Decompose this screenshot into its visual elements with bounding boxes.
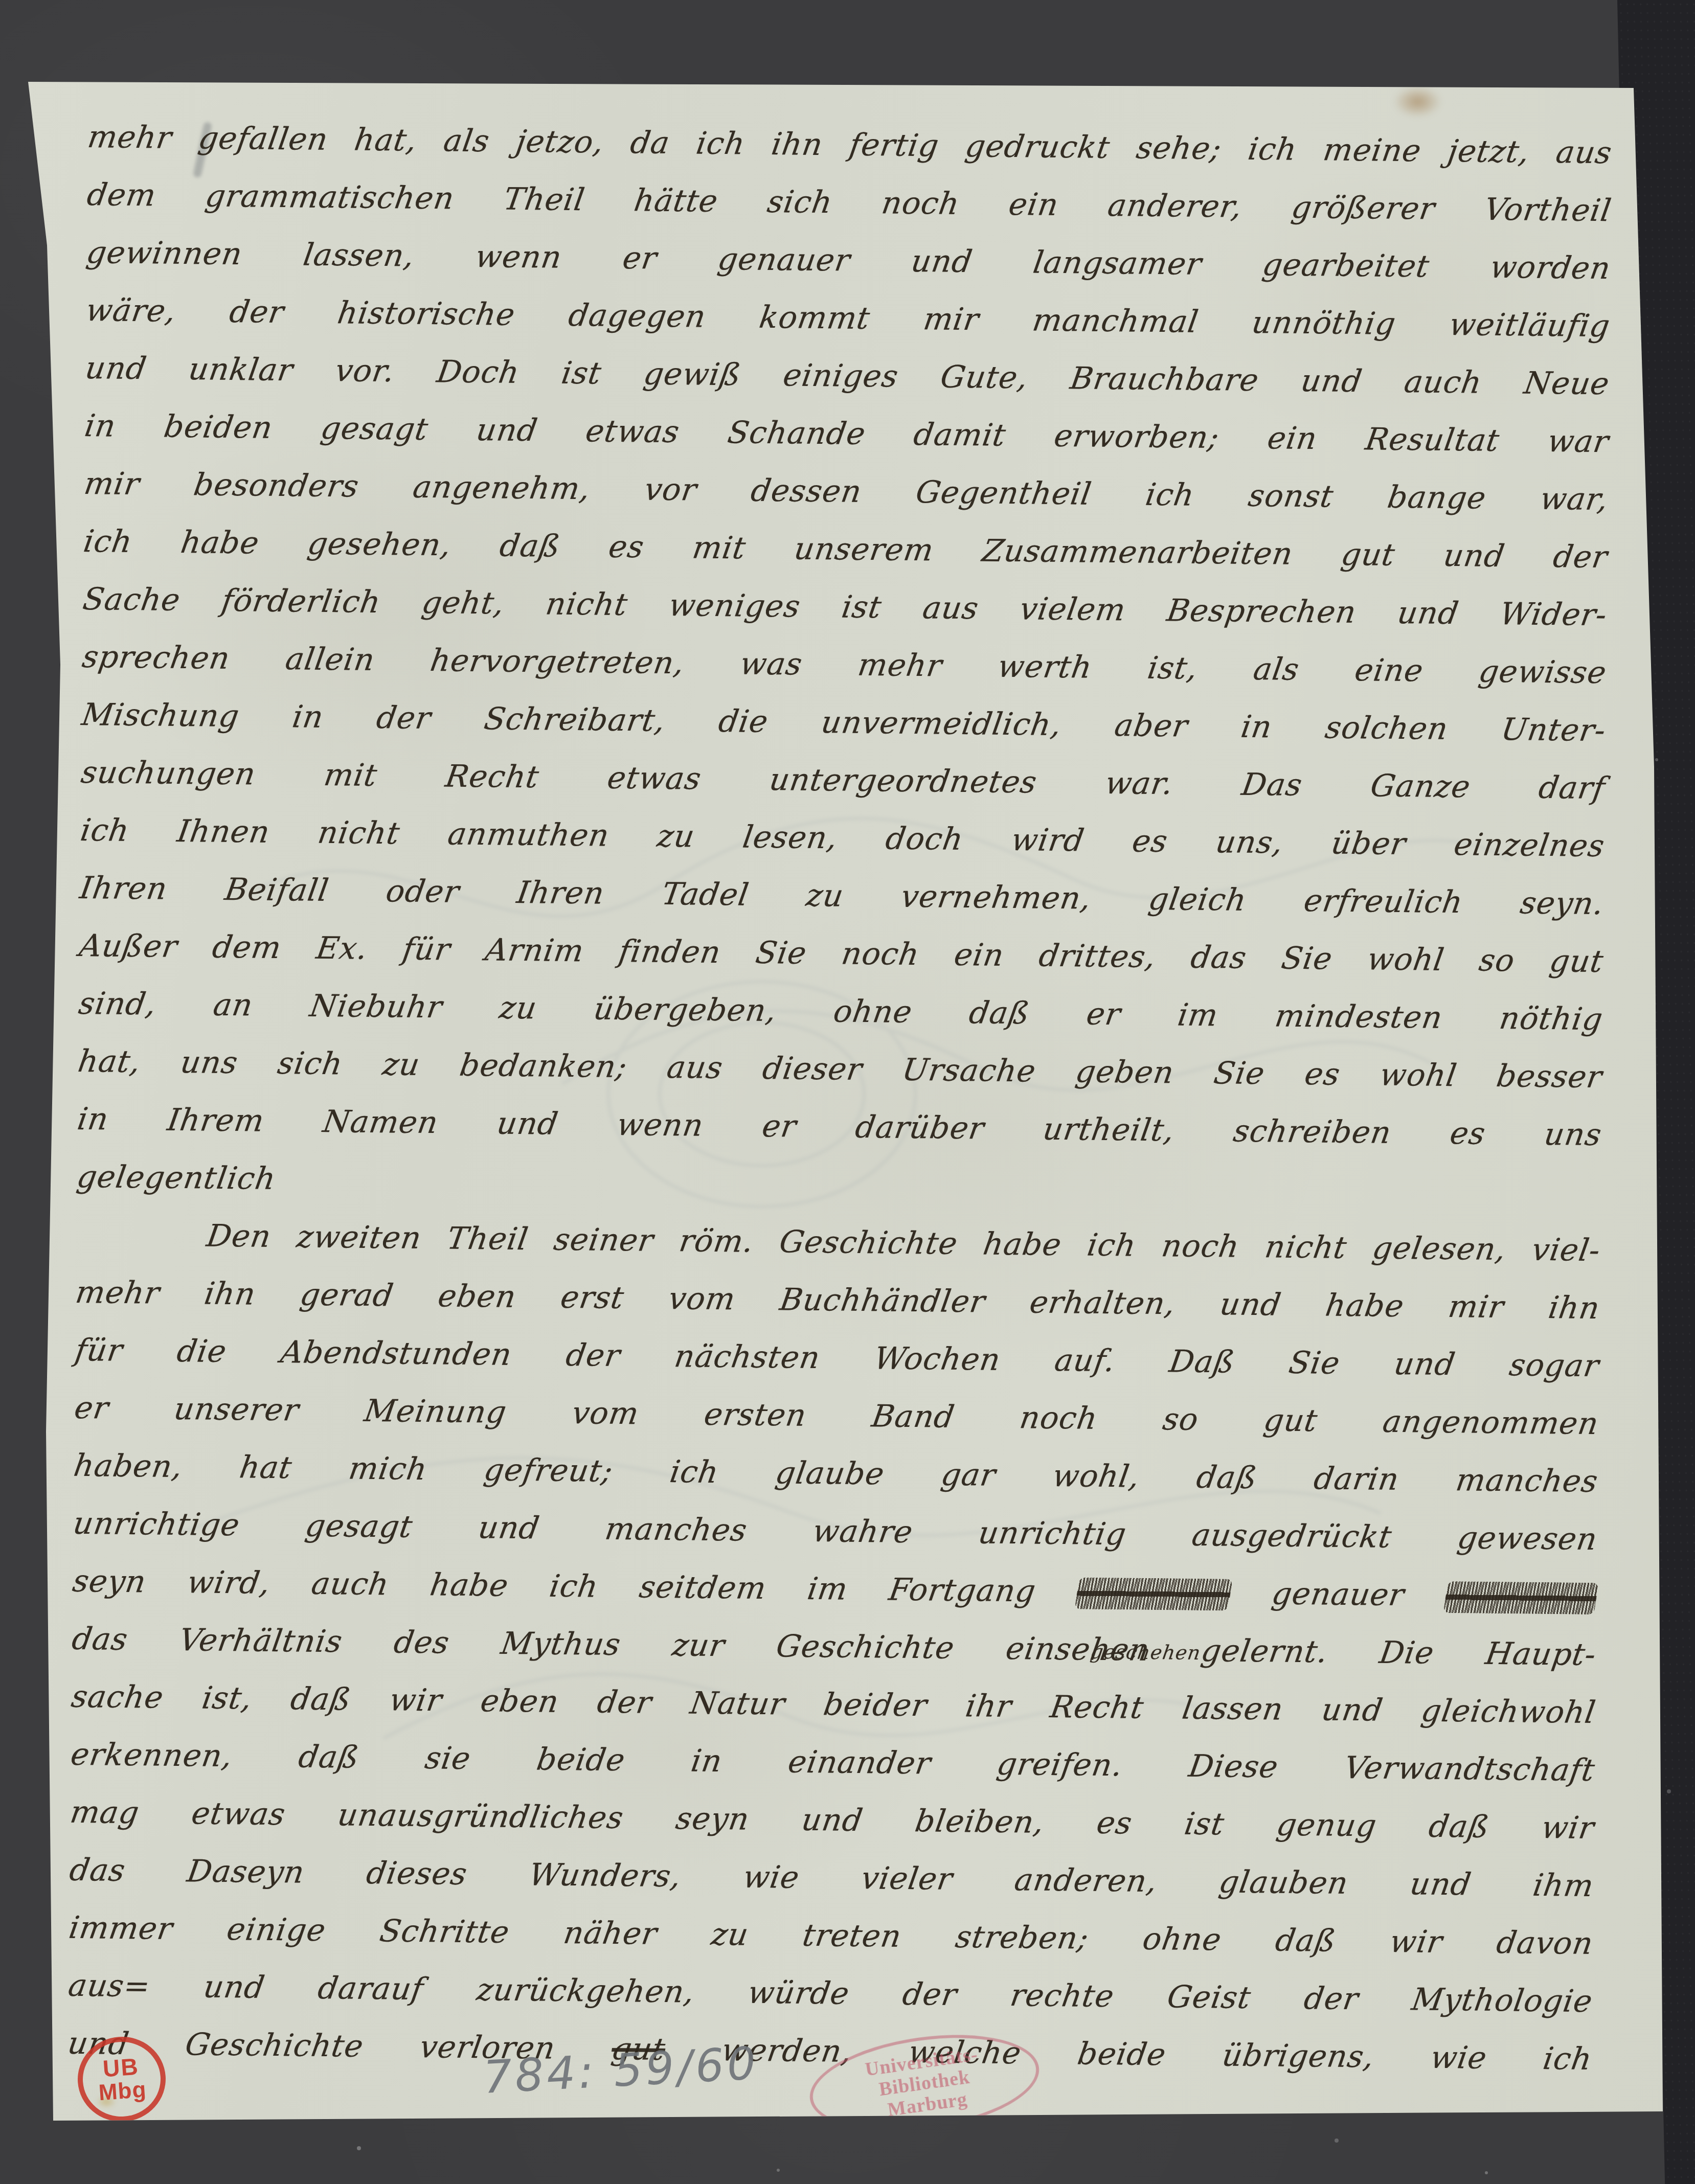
dust-specks [0,0,2,2]
paper-edge-shading [0,0,1695,2184]
letter-sheet: mehr gefallen hat, als jetzo, da ich ihn… [0,0,1695,2184]
scan-background: mehr gefallen hat, als jetzo, da ich ihn… [0,0,1695,2184]
